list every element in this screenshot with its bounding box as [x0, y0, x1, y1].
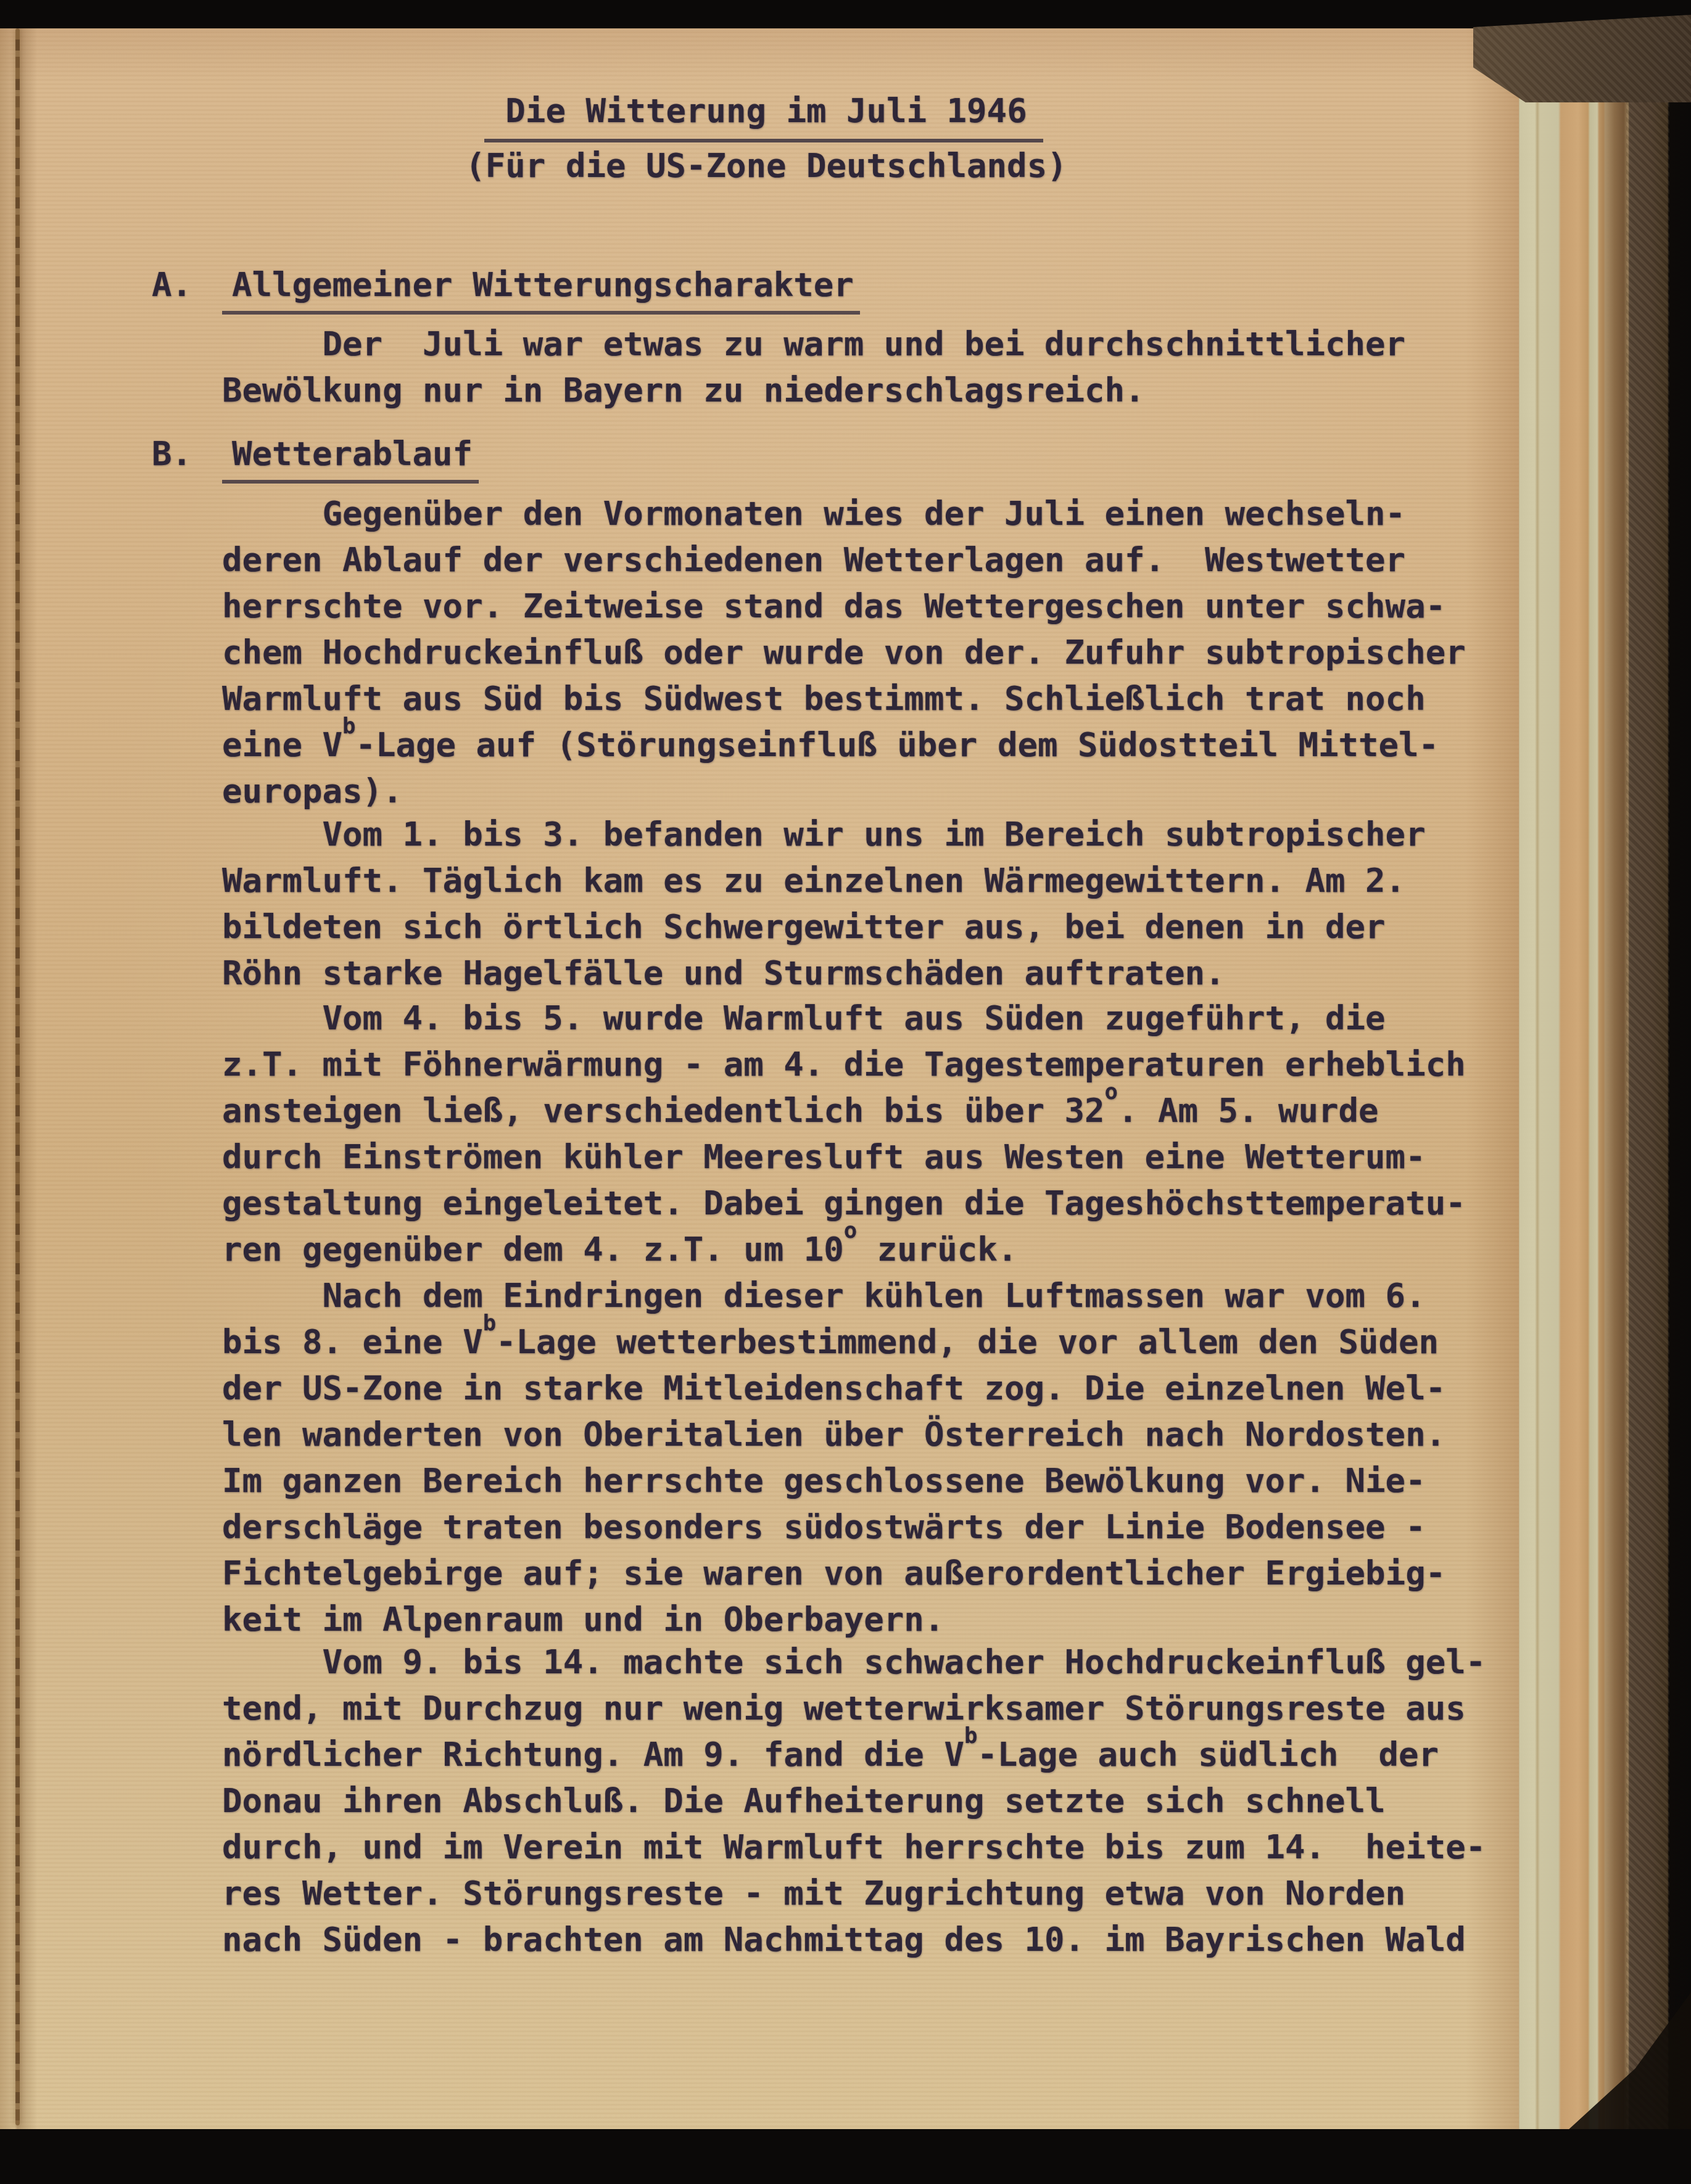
text-line: res Wetter. Störungsreste - mit Zugricht… — [222, 1870, 1518, 1916]
text-line: Bewölkung nur in Bayern zu niederschlags… — [222, 367, 1518, 413]
text-line: Der Juli war etwas zu warm und bei durch… — [222, 321, 1518, 367]
text-line: nördlicher Richtung. Am 9. fand die Vb-L… — [222, 1731, 1518, 1778]
text-line: eine Vb-Lage auf (Störungseinfluß über d… — [222, 722, 1518, 768]
text-line: deren Ablauf der verschiedenen Wetterlag… — [222, 537, 1518, 583]
text-line: tend, mit Durchzug nur wenig wetterwirks… — [222, 1685, 1518, 1731]
text-line: ansteigen ließ, verschiedentlich bis übe… — [222, 1087, 1518, 1134]
text-line: durch, und im Verein mit Warmluft herrsc… — [222, 1824, 1518, 1870]
text-line: ren gegenüber dem 4. z.T. um 10o zurück. — [222, 1226, 1518, 1272]
text-line: chem Hochdruckeinfluß oder wurde von der… — [222, 629, 1518, 675]
text-line: herrschte vor. Zeitweise stand das Wette… — [222, 583, 1518, 629]
paragraph: Gegenüber den Vormonaten wies der Juli e… — [222, 490, 1518, 814]
text-line: derschläge traten besonders südostwärts … — [222, 1504, 1518, 1550]
paragraph: Nach dem Eindringen dieser kühlen Luftma… — [222, 1272, 1518, 1642]
section-label: A. — [152, 262, 192, 308]
text-line: Warmluft. Täglich kam es zu einzelnen Wä… — [222, 857, 1518, 904]
subtitle-line: (Für die US-Zone Deutschlands) — [0, 142, 1532, 189]
text-line: Vom 4. bis 5. wurde Warmluft aus Süden z… — [222, 995, 1518, 1041]
text-line: Gegenüber den Vormonaten wies der Juli e… — [222, 490, 1518, 537]
text-line: len wanderten von Oberitalien über Öster… — [222, 1411, 1518, 1457]
text-line: gestaltung eingeleitet. Dabei gingen die… — [222, 1180, 1518, 1226]
document-title: Die Witterung im Juli 1946 (Für die US-Z… — [0, 88, 1532, 189]
text-line: Nach dem Eindringen dieser kühlen Luftma… — [222, 1272, 1518, 1319]
text-line: durch Einströmen kühler Meeresluft aus W… — [222, 1134, 1518, 1180]
text-line: keit im Alpenraum und in Oberbayern. — [222, 1596, 1518, 1642]
text-line: nach Süden - brachten am Nachmittag des … — [222, 1916, 1518, 1963]
text-line: Vom 9. bis 14. machte sich schwacher Hoc… — [222, 1639, 1518, 1685]
document-text: Die Witterung im Juli 1946 (Für die US-Z… — [0, 0, 1691, 2184]
paragraph: Vom 4. bis 5. wurde Warmluft aus Süden z… — [222, 995, 1518, 1272]
text-line: der US-Zone in starke Mitleidenschaft zo… — [222, 1365, 1518, 1411]
text-line: z.T. mit Föhnerwärmung - am 4. die Tages… — [222, 1041, 1518, 1087]
section-heading: Wetterablauf — [232, 431, 473, 484]
section-label: B. — [152, 431, 192, 477]
text-line: Vom 1. bis 3. befanden wir uns im Bereic… — [222, 811, 1518, 857]
paragraph: Vom 9. bis 14. machte sich schwacher Hoc… — [222, 1639, 1518, 1963]
text-line: Im ganzen Bereich herrschte geschlossene… — [222, 1457, 1518, 1504]
paragraph: Vom 1. bis 3. befanden wir uns im Bereic… — [222, 811, 1518, 996]
text-line: Donau ihren Abschluß. Die Aufheiterung s… — [222, 1778, 1518, 1824]
text-line: europas). — [222, 768, 1518, 814]
text-line: bildeten sich örtlich Schwergewitter aus… — [222, 904, 1518, 950]
text-line: Fichtelgebirge auf; sie waren von außero… — [222, 1550, 1518, 1596]
text-line: Röhn starke Hagelfälle und Sturmschäden … — [222, 950, 1518, 996]
text-line: bis 8. eine Vb-Lage wetterbestimmend, di… — [222, 1319, 1518, 1365]
scanned-book-page: Die Witterung im Juli 1946 (Für die US-Z… — [0, 0, 1691, 2184]
title-line: Die Witterung im Juli 1946 — [0, 88, 1532, 142]
text-line: Warmluft aus Süd bis Südwest bestimmt. S… — [222, 675, 1518, 722]
paragraph: Der Juli war etwas zu warm und bei durch… — [222, 321, 1518, 413]
section-heading: Allgemeiner Witterungscharakter — [232, 262, 854, 315]
